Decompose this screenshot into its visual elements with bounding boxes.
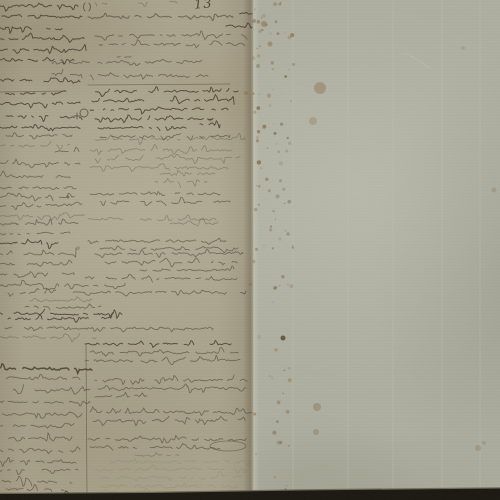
handwriting-layer <box>0 0 500 500</box>
paper-grain-texture <box>0 0 500 500</box>
manuscript-scan: 13 <box>0 0 500 500</box>
page-number: 13 <box>193 0 213 13</box>
